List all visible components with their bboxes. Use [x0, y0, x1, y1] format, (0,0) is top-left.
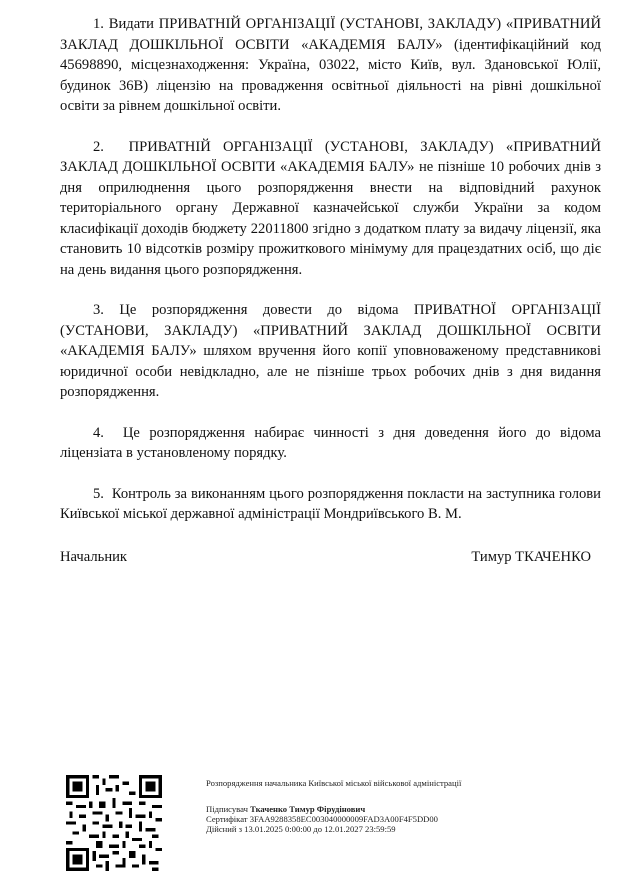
signer-label: Підписувач	[206, 804, 248, 814]
paragraph-5: 5. Контроль за виконанням цього розпоряд…	[60, 484, 601, 525]
paragraph-number: 2.	[93, 139, 104, 155]
certificate-line: Сертифікат 3FAA9288358EC003040000009FAD3…	[206, 814, 461, 824]
paragraph-text: Це розпорядження довести до відома ПРИВА…	[60, 302, 601, 400]
qr-code-icon	[66, 775, 162, 871]
certificate-id: 3FAA9288358EC003040000009FAD3A00F4F5DD00	[250, 814, 438, 824]
signatory-position: Начальник	[60, 547, 127, 568]
stamp-title: Розпорядження начальника Київської міськ…	[206, 778, 461, 788]
paragraph-text: ПРИВАТНІЙ ОРГАНІЗАЦІЇ (УСТАНОВІ, ЗАКЛАДУ…	[60, 139, 601, 278]
paragraph-text: Це розпорядження набирає чинності з дня …	[60, 425, 601, 462]
paragraph-3: 3. Це розпорядження довести до відома ПР…	[60, 300, 601, 403]
document-body: 1. Видати ПРИВАТНІЙ ОРГАНІЗАЦІЇ (УСТАНОВ…	[60, 14, 601, 567]
paragraph-text: Контроль за виконанням цього розпоряджен…	[60, 486, 601, 523]
paragraph-2: 2. ПРИВАТНІЙ ОРГАНІЗАЦІЇ (УСТАНОВІ, ЗАКЛ…	[60, 137, 601, 281]
paragraph-number: 3.	[93, 302, 104, 318]
paragraph-1: 1. Видати ПРИВАТНІЙ ОРГАНІЗАЦІЇ (УСТАНОВ…	[60, 14, 601, 117]
paragraph-4: 4. Це розпорядження набирає чинності з д…	[60, 423, 601, 464]
signer-line: Підписувач Ткаченко Тимур Фірудінович	[206, 804, 461, 814]
validity-line: Дійсний з 13.01.2025 0:00:00 до 12.01.20…	[206, 824, 461, 834]
signatory-name: Тимур ТКАЧЕНКО	[471, 547, 591, 568]
paragraph-number: 5.	[93, 486, 104, 502]
digital-signature-footer: Розпорядження начальника Київської міськ…	[66, 775, 566, 875]
signature-block: Начальник Тимур ТКАЧЕНКО	[60, 547, 601, 568]
certificate-label: Сертифікат	[206, 814, 248, 824]
signer-name: Ткаченко Тимур Фірудінович	[250, 804, 365, 814]
paragraph-number: 1.	[93, 16, 104, 32]
paragraph-text: Видати ПРИВАТНІЙ ОРГАНІЗАЦІЇ (УСТАНОВІ, …	[60, 16, 601, 114]
paragraph-number: 4.	[93, 425, 104, 441]
signature-stamp: Розпорядження начальника Київської міськ…	[206, 778, 461, 834]
